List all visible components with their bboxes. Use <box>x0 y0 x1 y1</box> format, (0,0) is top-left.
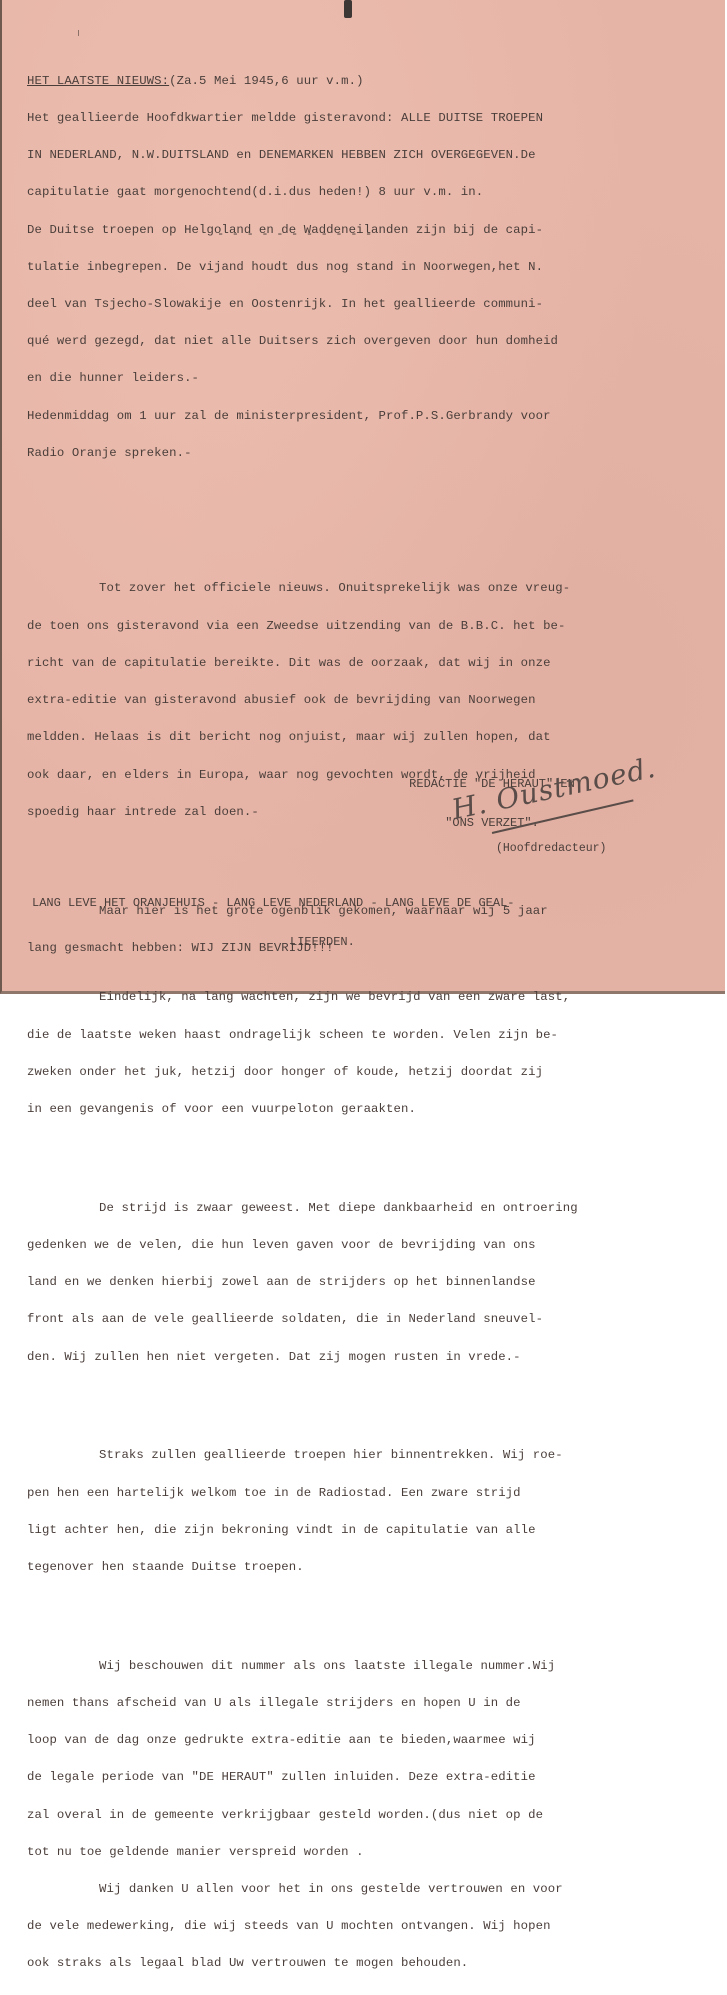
text-line: IN NEDERLAND, N.W.DUITSLAND en DENEMARKE… <box>27 149 667 161</box>
staple-mark <box>344 0 352 18</box>
text-line: tulatie inbegrepen. De vijand houdt dus … <box>27 261 667 273</box>
text-line: Eindelijk, na lang wachten, zijn we bevr… <box>27 991 667 1000</box>
text-line: Radio Oranje spreken.- <box>27 447 667 459</box>
slogan-line: LANG LEVE HET ORANJEHUIS - LANG LEVE NED… <box>32 897 652 910</box>
text-line: en die hunner leiders.- <box>27 372 667 384</box>
spacer <box>27 496 667 508</box>
headline-label: HET LAATSTE NIEUWS: <box>27 74 169 88</box>
signoff-line: "ONS VERZET". <box>372 817 612 830</box>
text-line: deel van Tsjecho-Slowakije en Oostenrijk… <box>27 298 667 310</box>
text-line: qué werd gezegd, dat niet alle Duitsers … <box>27 335 667 347</box>
text-line: Hedenmiddag om 1 uur zal de ministerpres… <box>27 410 667 422</box>
section-separator: - - - - - - - - - - - <box>217 227 372 241</box>
paper-mark <box>78 30 79 36</box>
headline-date: (Za.5 Mei 1945,6 uur v.m.) <box>169 74 363 88</box>
headline: HET LAATSTE NIEUWS:(Za.5 Mei 1945,6 uur … <box>27 75 667 87</box>
text-line: richt van de capitulatie bereikte. Dit w… <box>27 657 667 669</box>
text-line: Het geallieerde Hoofdkwartier meldde gis… <box>27 112 667 124</box>
document-body: HET LAATSTE NIEUWS:(Za.5 Mei 1945,6 uur … <box>27 50 667 1000</box>
spacer <box>27 533 667 545</box>
text-line: extra-editie van gisteravond abusief ook… <box>27 694 667 706</box>
spacer <box>27 855 667 867</box>
text-line: meldden. Helaas is dit bericht nog onjui… <box>27 731 667 743</box>
closing-slogan: LANG LEVE HET ORANJEHUIS - LANG LEVE NED… <box>32 871 652 975</box>
text-line: de toen ons gisteravond via een Zweedse … <box>27 620 667 632</box>
typewritten-newsletter-page: HET LAATSTE NIEUWS:(Za.5 Mei 1945,6 uur … <box>0 0 725 994</box>
signature-title: (Hoofdredacteur) <box>496 842 606 855</box>
text-line: capitulatie gaat morgenochtend(d.i.dus h… <box>27 186 667 198</box>
text-line: Tot zover het officiele nieuws. Onuitspr… <box>27 582 667 594</box>
slogan-line: LIEERDEN. <box>32 936 652 949</box>
